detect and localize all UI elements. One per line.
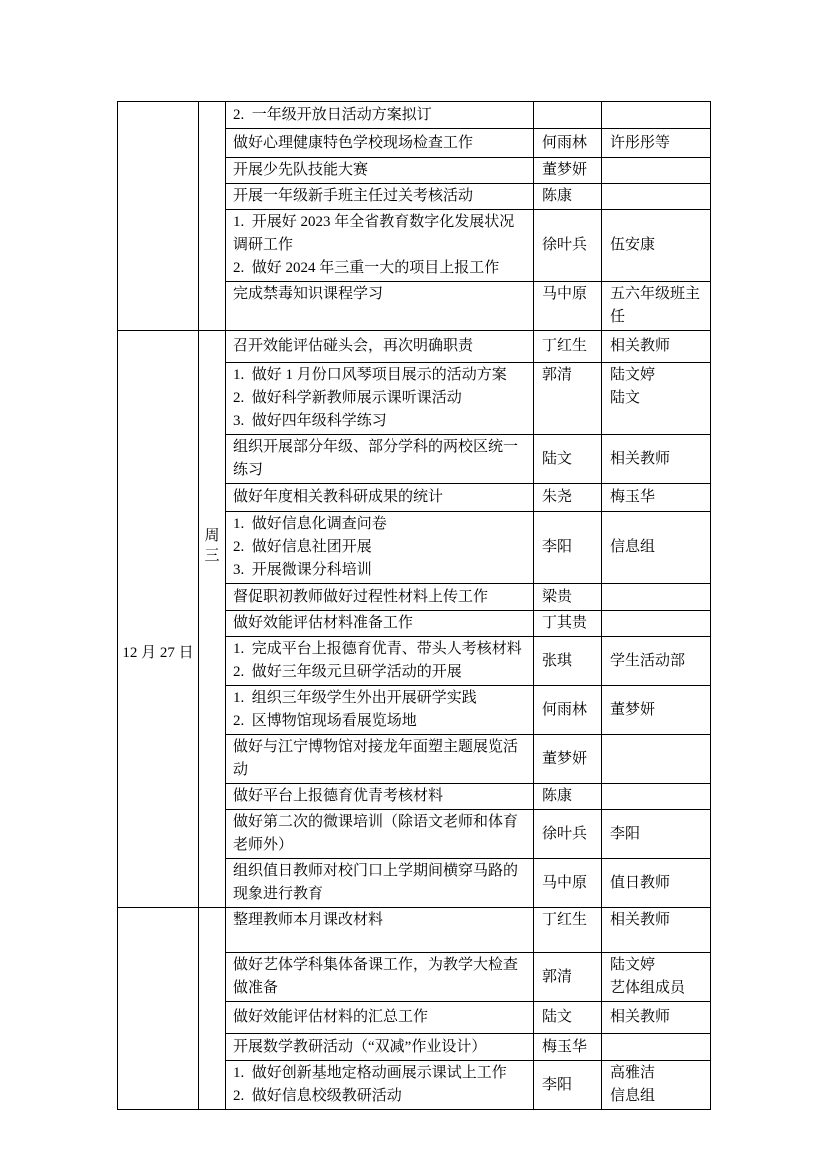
task-cell: 1. 开展好 2023 年全省教育数字化发展状况调研工作2. 做好 2024 年… (226, 210, 534, 282)
related-cell: 陆文婷陆文 (602, 363, 711, 435)
related-cell: 董梦妍 (602, 686, 711, 735)
task-line: 整理教师本月课改材料 (233, 909, 529, 932)
related-cell: 伍安康 (602, 210, 711, 282)
task-line: 1. 做好信息化调查问卷 (233, 513, 529, 536)
related-line: 五六年级班主任 (610, 283, 708, 329)
person-cell: 陆文 (534, 435, 602, 484)
task-cell: 做好平台上报德育优青考核材料 (226, 784, 534, 810)
related-cell: 五六年级班主任 (602, 282, 711, 331)
task-line: 2. 做好信息校级教研活动 (233, 1085, 529, 1108)
table-section: 2. 一年级开放日活动方案拟订做好心理健康特色学校现场检查工作何雨林许彤彤等开展… (118, 102, 711, 331)
task-line: 做好效能评估材料的汇总工作 (233, 1006, 529, 1029)
related-line: 相关教师 (610, 335, 708, 358)
person-cell: 李阳 (534, 1061, 602, 1110)
related-line: 许彤彤等 (610, 132, 708, 155)
related-line: 相关教师 (610, 909, 708, 932)
person-cell: 梁贵 (534, 584, 602, 611)
weekday-cell: 周三 (199, 331, 226, 908)
related-cell: 相关教师 (602, 435, 711, 484)
task-line: 1. 完成平台上报德育优青、带头人考核材料 (233, 638, 529, 661)
task-cell: 整理教师本月课改材料 (226, 908, 534, 953)
related-cell (602, 611, 711, 637)
person-cell: 陈康 (534, 784, 602, 810)
task-line: 开展数学教研活动（“双减”作业设计） (233, 1036, 529, 1059)
related-line: 李阳 (610, 823, 708, 846)
related-cell (602, 184, 711, 210)
related-line: 值日教师 (610, 872, 708, 895)
related-cell: 李阳 (602, 810, 711, 859)
task-cell: 完成禁毒知识课程学习 (226, 282, 534, 331)
task-line: 做好年度相关教科研成果的统计 (233, 486, 529, 509)
person-cell: 徐叶兵 (534, 810, 602, 859)
person-cell: 郭清 (534, 953, 602, 1002)
related-line: 信息组 (610, 536, 708, 559)
related-cell: 高雅洁信息组 (602, 1061, 711, 1110)
related-line: 陆文婷 (610, 364, 708, 387)
task-line: 2. 做好科学新教师展示课听课活动 (233, 387, 529, 410)
person-cell: 何雨林 (534, 129, 602, 158)
person-cell: 丁红生 (534, 331, 602, 363)
person-cell: 陈康 (534, 184, 602, 210)
task-line: 1. 开展好 2023 年全省教育数字化发展状况调研工作 (233, 211, 529, 257)
task-line: 督促职初教师做好过程性材料上传工作 (233, 586, 529, 609)
related-line: 陆文婷 (610, 954, 708, 977)
task-line: 做好效能评估材料准备工作 (233, 612, 529, 635)
related-cell (602, 735, 711, 784)
related-cell (602, 584, 711, 611)
task-line: 2. 一年级开放日活动方案拟订 (233, 104, 529, 127)
task-cell: 做好艺体学科集体备课工作，为教学大检查做准备 (226, 953, 534, 1002)
related-cell: 相关教师 (602, 908, 711, 953)
related-cell: 陆文婷艺体组成员 (602, 953, 711, 1002)
related-cell: 许彤彤等 (602, 129, 711, 158)
related-cell: 值日教师 (602, 859, 711, 908)
task-cell: 开展一年级新手班主任过关考核活动 (226, 184, 534, 210)
table-row: 2. 一年级开放日活动方案拟订 (118, 102, 711, 129)
task-cell: 做好与江宁博物馆对接龙年面塑主题展览活动 (226, 735, 534, 784)
person-cell: 张琪 (534, 637, 602, 686)
task-line: 1. 组织三年级学生外出开展研学实践 (233, 687, 529, 710)
task-cell: 做好年度相关教科研成果的统计 (226, 484, 534, 512)
table-section: 整理教师本月课改材料丁红生相关教师做好艺体学科集体备课工作，为教学大检查做准备郭… (118, 908, 711, 1110)
person-cell: 马中原 (534, 282, 602, 331)
person-cell: 徐叶兵 (534, 210, 602, 282)
date-cell: 12 月 27 日 (118, 331, 199, 908)
person-cell: 马中原 (534, 859, 602, 908)
table-section: 12 月 27 日周三召开效能评估碰头会，再次明确职责丁红生相关教师1. 做好 … (118, 331, 711, 908)
person-cell: 何雨林 (534, 686, 602, 735)
person-cell: 丁其贵 (534, 611, 602, 637)
weekday-cell (199, 102, 226, 331)
weekday-label: 周三 (204, 526, 220, 566)
task-cell: 2. 一年级开放日活动方案拟订 (226, 102, 534, 129)
task-line: 做好艺体学科集体备课工作，为教学大检查做准备 (233, 954, 529, 1000)
table-row: 整理教师本月课改材料丁红生相关教师 (118, 908, 711, 953)
task-cell: 做好第二次的微课培训（除语文老师和体育老师外） (226, 810, 534, 859)
person-cell: 董梦妍 (534, 158, 602, 184)
related-cell (602, 158, 711, 184)
person-cell: 朱尧 (534, 484, 602, 512)
task-cell: 做好效能评估材料的汇总工作 (226, 1002, 534, 1034)
related-cell: 相关教师 (602, 331, 711, 363)
date-label: 12 月 27 日 (118, 641, 198, 662)
related-cell (602, 784, 711, 810)
task-cell: 组织开展部分年级、部分学科的两校区统一练习 (226, 435, 534, 484)
person-cell: 丁红生 (534, 908, 602, 953)
task-line: 2. 做好三年级元旦研学活动的开展 (233, 661, 529, 684)
related-line: 高雅洁 (610, 1062, 708, 1085)
task-line: 召开效能评估碰头会，再次明确职责 (233, 335, 529, 358)
person-cell: 梅玉华 (534, 1034, 602, 1061)
person-cell: 李阳 (534, 512, 602, 584)
related-line: 梅玉华 (610, 486, 708, 509)
related-line: 相关教师 (610, 1006, 708, 1029)
task-cell: 1. 组织三年级学生外出开展研学实践2. 区博物馆现场看展览场地 (226, 686, 534, 735)
task-cell: 召开效能评估碰头会，再次明确职责 (226, 331, 534, 363)
related-cell: 相关教师 (602, 1002, 711, 1034)
person-cell: 董梦妍 (534, 735, 602, 784)
related-cell: 信息组 (602, 512, 711, 584)
related-line: 艺体组成员 (610, 977, 708, 1000)
task-cell: 1. 做好 1 月份口风琴项目展示的活动方案2. 做好科学新教师展示课听课活动3… (226, 363, 534, 435)
task-cell: 开展少先队技能大赛 (226, 158, 534, 184)
task-cell: 开展数学教研活动（“双减”作业设计） (226, 1034, 534, 1061)
task-line: 组织开展部分年级、部分学科的两校区统一练习 (233, 436, 529, 482)
task-cell: 1. 做好信息化调查问卷2. 做好信息社团开展3. 开展微课分科培训 (226, 512, 534, 584)
task-line: 2. 做好信息社团开展 (233, 536, 529, 559)
task-cell: 1. 做好创新基地定格动画展示课试上工作2. 做好信息校级教研活动 (226, 1061, 534, 1110)
task-cell: 做好心理健康特色学校现场检查工作 (226, 129, 534, 158)
task-line: 组织值日教师对校门口上学期间横穿马路的现象进行教育 (233, 860, 529, 906)
schedule-table: 2. 一年级开放日活动方案拟订做好心理健康特色学校现场检查工作何雨林许彤彤等开展… (117, 101, 711, 1110)
task-line: 1. 做好创新基地定格动画展示课试上工作 (233, 1062, 529, 1085)
task-cell: 做好效能评估材料准备工作 (226, 611, 534, 637)
related-line: 信息组 (610, 1085, 708, 1108)
person-cell: 陆文 (534, 1002, 602, 1034)
date-cell (118, 908, 199, 1110)
task-line: 3. 做好四年级科学练习 (233, 410, 529, 433)
task-line: 3. 开展微课分科培训 (233, 559, 529, 582)
task-line: 做好第二次的微课培训（除语文老师和体育老师外） (233, 811, 529, 857)
document-page: 2. 一年级开放日活动方案拟订做好心理健康特色学校现场检查工作何雨林许彤彤等开展… (0, 0, 827, 1170)
related-line: 董梦妍 (610, 699, 708, 722)
related-cell (602, 102, 711, 129)
weekday-cell (199, 908, 226, 1110)
related-cell: 梅玉华 (602, 484, 711, 512)
task-line: 做好心理健康特色学校现场检查工作 (233, 132, 529, 155)
related-cell: 学生活动部 (602, 637, 711, 686)
related-line: 学生活动部 (610, 650, 708, 673)
task-line: 完成禁毒知识课程学习 (233, 283, 529, 306)
task-line: 开展一年级新手班主任过关考核活动 (233, 185, 529, 208)
person-cell: 郭清 (534, 363, 602, 435)
task-cell: 1. 完成平台上报德育优青、带头人考核材料2. 做好三年级元旦研学活动的开展 (226, 637, 534, 686)
related-line: 伍安康 (610, 234, 708, 257)
date-cell (118, 102, 199, 331)
task-line: 开展少先队技能大赛 (233, 159, 529, 182)
task-line: 2. 做好 2024 年三重一大的项目上报工作 (233, 257, 529, 280)
task-line: 做好与江宁博物馆对接龙年面塑主题展览活动 (233, 736, 529, 782)
related-line: 陆文 (610, 387, 708, 410)
person-cell (534, 102, 602, 129)
related-cell (602, 1034, 711, 1061)
task-line: 1. 做好 1 月份口风琴项目展示的活动方案 (233, 364, 529, 387)
task-line: 2. 区博物馆现场看展览场地 (233, 710, 529, 733)
table-row: 12 月 27 日周三召开效能评估碰头会，再次明确职责丁红生相关教师 (118, 331, 711, 363)
task-cell: 督促职初教师做好过程性材料上传工作 (226, 584, 534, 611)
related-line: 相关教师 (610, 448, 708, 471)
task-line: 做好平台上报德育优青考核材料 (233, 785, 529, 808)
task-cell: 组织值日教师对校门口上学期间横穿马路的现象进行教育 (226, 859, 534, 908)
